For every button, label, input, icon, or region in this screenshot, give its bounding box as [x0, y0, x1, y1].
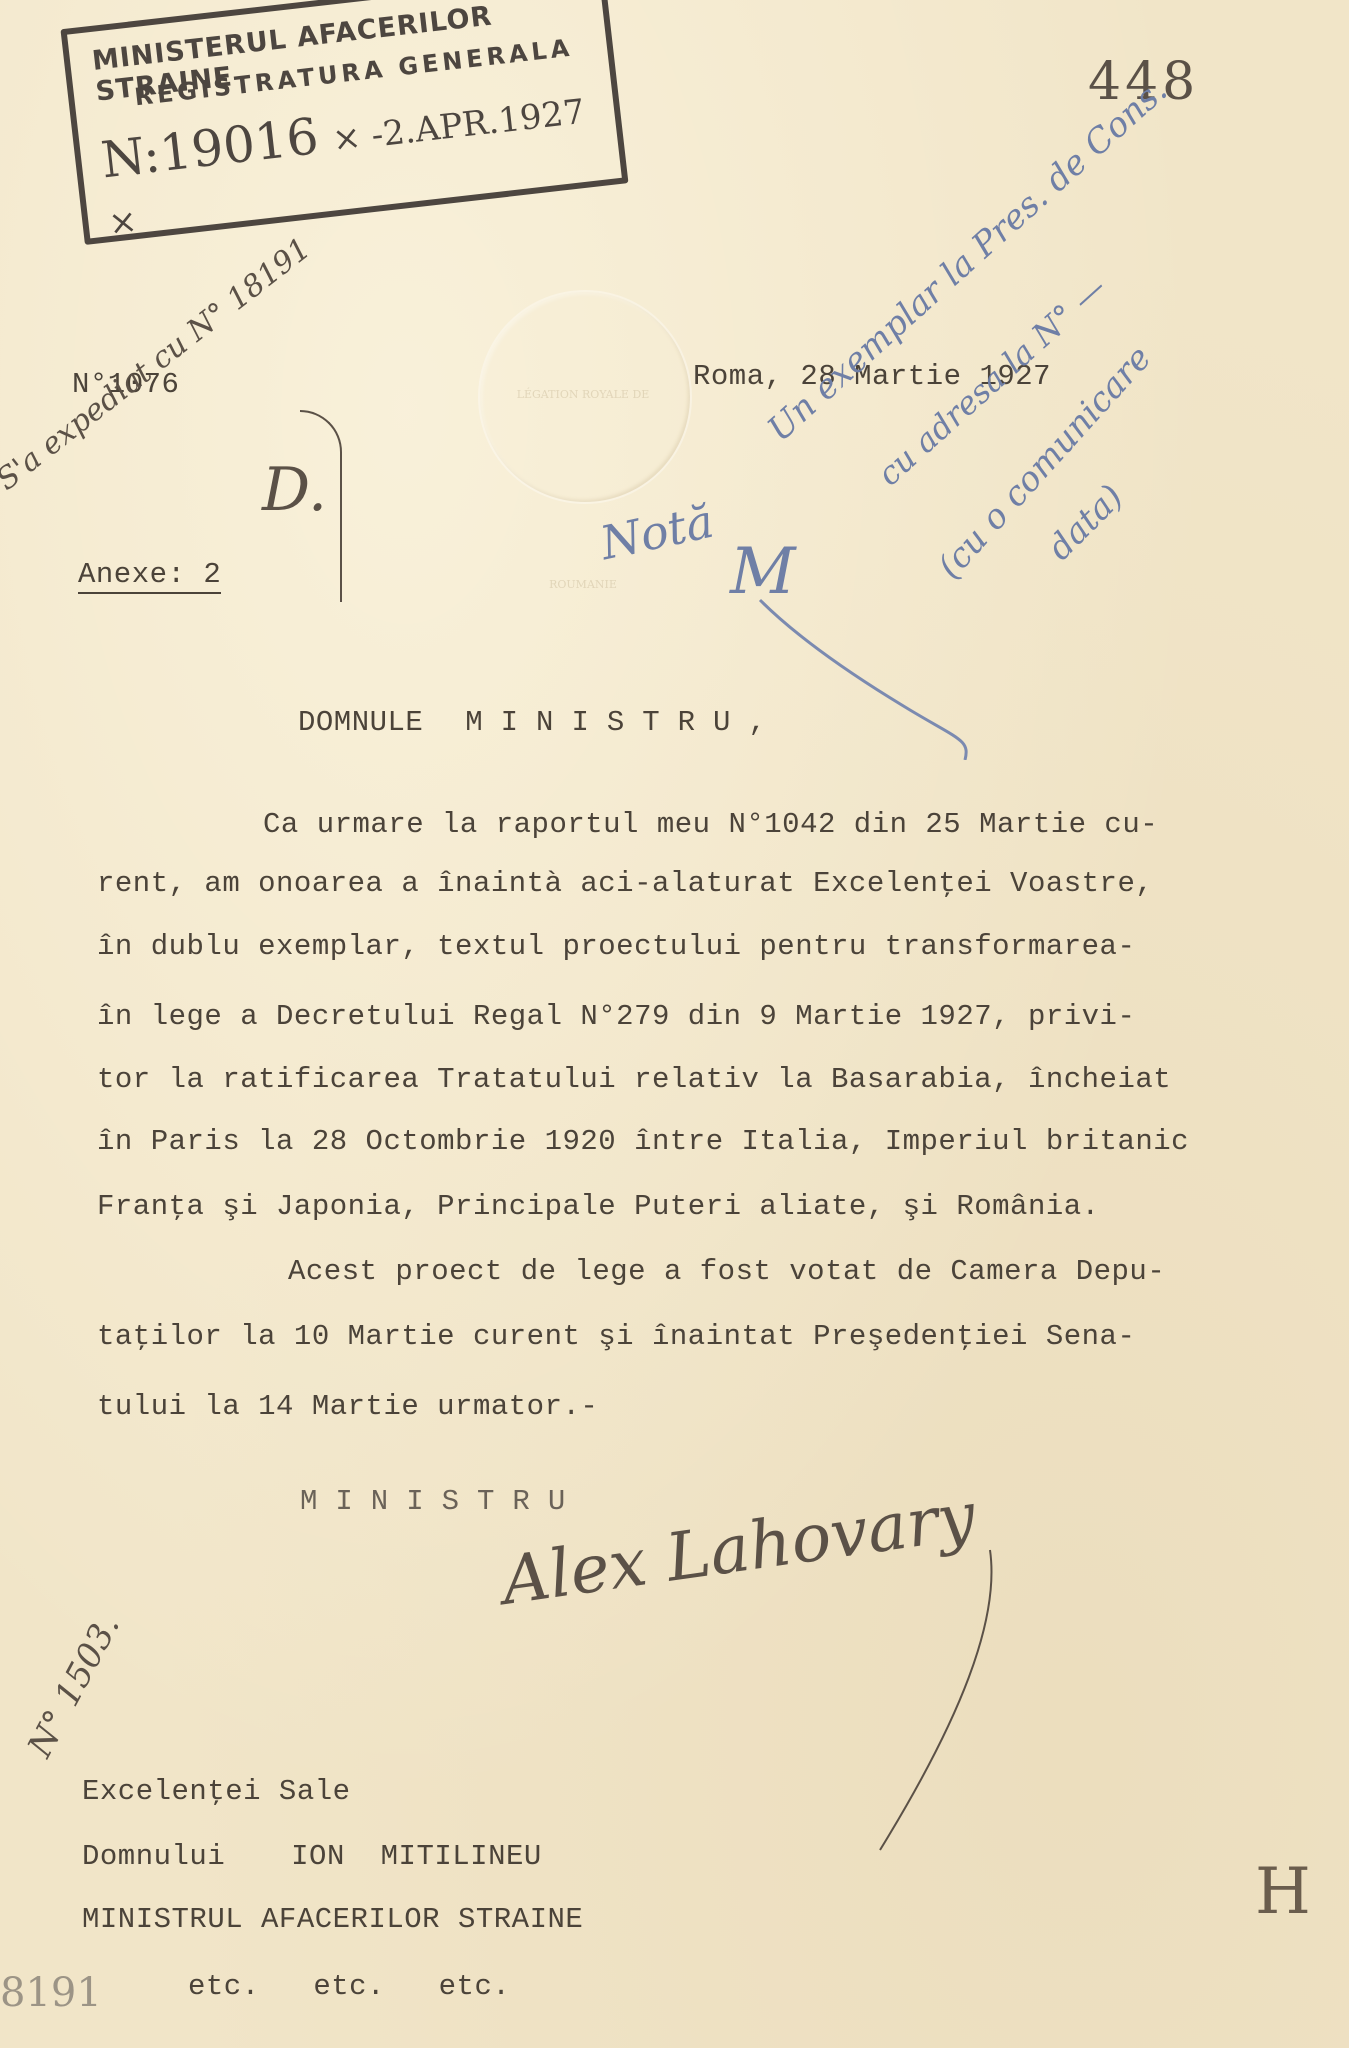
salutation: DOMNULE MINISTRU, — [298, 706, 784, 739]
pencil-note-line4: data) — [1040, 477, 1131, 568]
address-line1: Excelenţei Sale — [82, 1775, 351, 1808]
body-line: rent, am onoarea a înaintà aci-alaturat … — [97, 867, 1153, 900]
dispatch-initial-flourish — [300, 410, 342, 602]
body-line: în lege a Decretului Regal N°279 din 9 M… — [97, 1000, 1135, 1033]
address-prefix: Domnului — [82, 1840, 225, 1873]
addressee-name: ION MITILINEU — [291, 1840, 542, 1873]
body-line: în Paris la 28 Octombrie 1920 între Ital… — [97, 1125, 1189, 1158]
signature-flourish — [860, 1540, 1010, 1860]
body-line: Ca urmare la raportul meu N°1042 din 25 … — [263, 808, 1158, 841]
body-line: taţilor la 10 Martie curent şi înaintat … — [97, 1320, 1135, 1353]
margin-ref-number: 8191 — [0, 1970, 102, 2016]
stamp-number: N:19016 — [98, 107, 321, 189]
address-line2: Domnului ION MITILINEU — [82, 1840, 542, 1873]
annexes: Anexe: 2 — [78, 558, 221, 594]
salutation-word1: DOMNULE — [298, 706, 423, 739]
body-line: Acest proect de lege a fost votat de Cam… — [288, 1255, 1165, 1288]
embossed-seal-text: LÉGATION ROYALE DE ROUMANIE — [488, 300, 678, 490]
body-line: în dublu exemplar, textul proectului pen… — [97, 930, 1135, 963]
address-line3: MINISTRUL AFACERILOR STRAINE — [82, 1903, 583, 1936]
corner-initial: H — [1255, 1855, 1311, 1929]
body-line: tului la 14 Martie urmator.- — [97, 1390, 598, 1423]
margin-number: N° 1503. — [20, 1608, 128, 1764]
body-line: Franţa şi Japonia, Principale Puteri ali… — [97, 1190, 1100, 1223]
registry-stamp: MINISTERUL AFACERILOR STRAINE REGISTRATU… — [60, 0, 628, 245]
body-line: tor la ratificarea Tratatului relativ la… — [97, 1063, 1171, 1096]
salutation-word2: MINISTRU, — [465, 706, 784, 739]
address-line4: etc. etc. etc. — [188, 1970, 510, 2003]
closing-title: MINISTRU — [300, 1485, 583, 1518]
